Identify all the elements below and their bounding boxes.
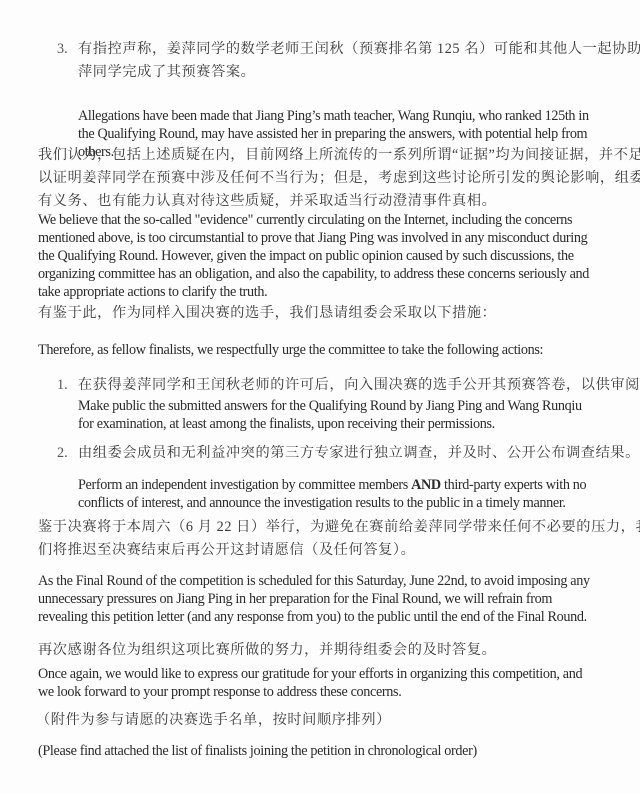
timing-cn-line-1: 鉴于决赛将于本周六（6 月 22 日）举行，为避免在赛前给姜萍同学带来任何不必要…	[38, 518, 640, 536]
attachment-en: (Please find attached the list of finali…	[38, 742, 477, 760]
belief-cn-line-2: 以证明姜萍同学在预赛中涉及任何不当行为；但是，考虑到这些讨论所引发的舆论影响，组…	[38, 169, 640, 187]
belief-en-line-2: mentioned above, is too circumstantial t…	[38, 229, 587, 247]
petition-letter-page: 3. 有指控声称，姜萍同学的数学老师王闰秋（预赛排名第 125 名）可能和其他人…	[0, 0, 640, 793]
belief-en-line-3: the Qualifying Round. However, given the…	[38, 247, 574, 265]
belief-cn-line-1: 我们认为，包括上述质疑在内，目前网络上所流传的一系列所谓“证据”均为间接证据，并…	[38, 146, 640, 164]
list-number-3: 3.	[57, 40, 68, 58]
request-en: Therefore, as fellow finalists, we respe…	[38, 341, 543, 359]
action2-en-pre: Perform an independent investigation by …	[78, 477, 411, 493]
timing-en-line-1: As the Final Round of the competition is…	[38, 572, 590, 590]
item3-en-line-2: the Qualifying Round, may have assisted …	[78, 125, 587, 143]
action2-en-post: third-party experts with no	[441, 477, 586, 493]
timing-en-line-3: revealing this petition letter (and any …	[38, 608, 587, 626]
request-cn: 有鉴于此，作为同样入围决赛的选手，我们恳请组委会采取以下措施：	[38, 304, 496, 322]
action1-cn: 在获得姜萍同学和王闰秋老师的许可后，向入围决赛的选手公开其预赛答卷，以供审阅。	[78, 376, 640, 394]
thanks-en-line-2: we look forward to your prompt response …	[38, 683, 401, 701]
belief-cn-line-3: 有义务、也有能力认真对待这些质疑，并采取适当行动澄清事件真相。	[38, 192, 496, 210]
action1-en-line-1: Make public the submitted answers for th…	[78, 397, 582, 415]
action2-en-line-2: conflicts of interest, and announce the …	[78, 494, 566, 512]
thanks-cn: 再次感谢各位为组织这项比赛所做的努力，并期待组委会的及时答复。	[38, 641, 496, 659]
list-number-2: 2.	[57, 444, 68, 462]
action2-cn: 由组委会成员和无利益冲突的第三方专家进行独立调查，并及时、公开公布调查结果。	[78, 444, 640, 462]
timing-cn-line-2: 们将推迟至决赛结束后再公开这封请愿信（及任何答复）。	[38, 541, 415, 559]
action2-en-bold-and: AND	[411, 477, 441, 493]
item3-cn-line-2: 萍同学完成了其预赛答案。	[78, 63, 255, 81]
item3-cn-line-1: 有指控声称，姜萍同学的数学老师王闰秋（预赛排名第 125 名）可能和其他人一起协…	[78, 40, 640, 58]
item3-en-line-1: Allegations have been made that Jiang Pi…	[78, 107, 589, 125]
thanks-en-line-1: Once again, we would like to express our…	[38, 665, 582, 683]
belief-en-line-1: We believe that the so-called "evidence"…	[38, 211, 572, 229]
belief-en-line-5: take appropriate actions to clarify the …	[38, 283, 267, 301]
attachment-cn: （附件为参与请愿的决赛选手名单，按时间顺序排列）	[36, 711, 391, 729]
belief-en-line-4: organizing committee has an obligation, …	[38, 265, 589, 283]
timing-en-line-2: unnecessary pressures on Jiang Ping in h…	[38, 590, 552, 608]
action2-en-line-1: Perform an independent investigation by …	[78, 476, 586, 494]
list-number-1: 1.	[57, 376, 68, 394]
action1-en-line-2: for examination, at least among the fina…	[78, 415, 495, 433]
